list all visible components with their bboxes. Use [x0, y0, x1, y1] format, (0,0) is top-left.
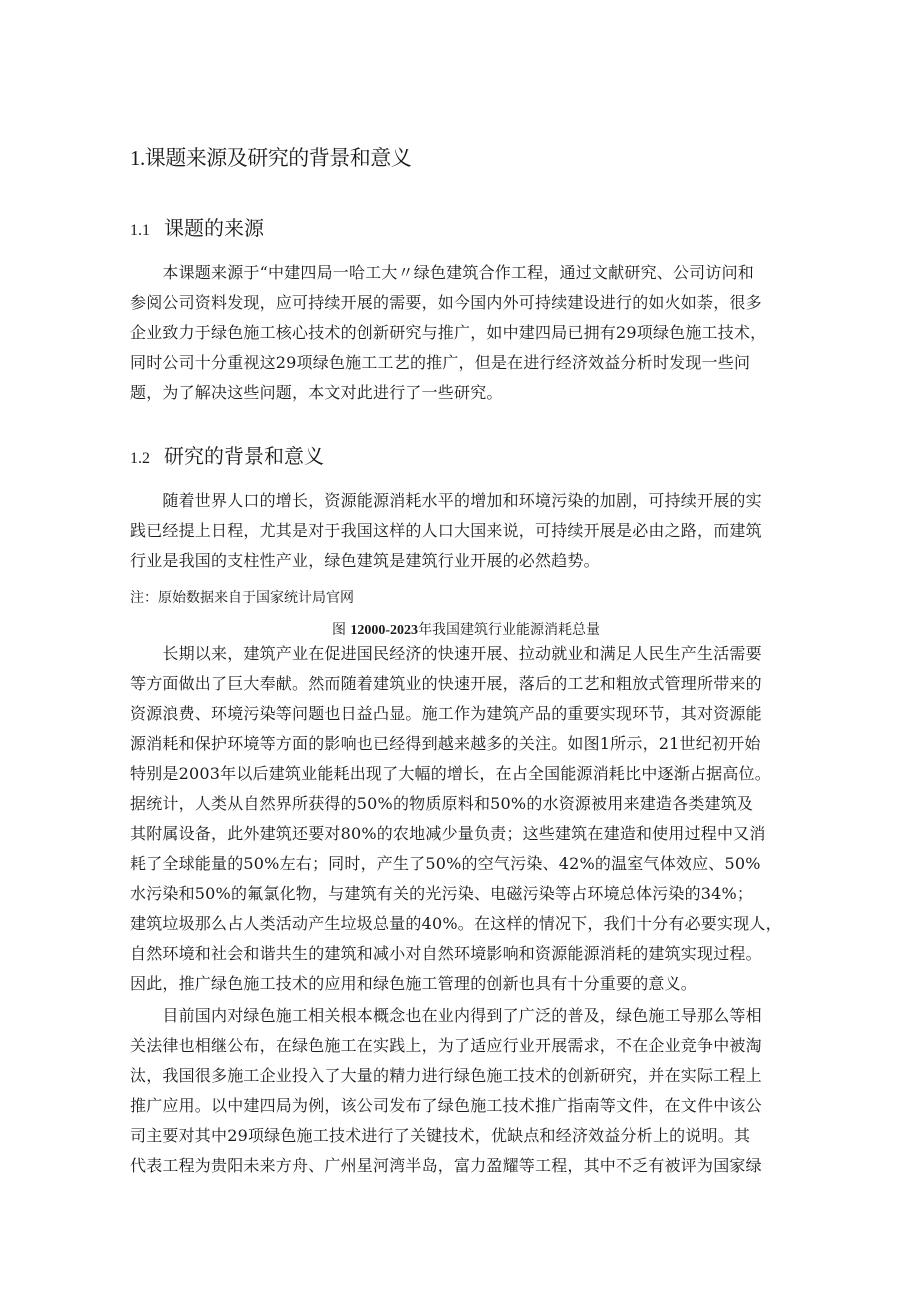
text-line: 代表工程为贵阳未来方舟、广州星河湾半岛，富力盈耀等工程，其中不乏有被评为国家绿 [130, 1151, 802, 1181]
paragraph-industry-impact: 长期以来，建筑产业在促进国民经济的快速开展、拉动就业和满足人民生产生活需要 等方… [130, 639, 802, 999]
text-line: 目前国内对绿色施工相关根本概念也在业内得到了广泛的普及，绿色施工导那么等相 [130, 1001, 802, 1031]
chapter-title: 课题来源及研究的背景和意义 [145, 146, 412, 170]
data-source-note: 注：原始数据来自于国家统计局官网 [130, 587, 354, 607]
text-line: 关法律也相继公布，在绿色施工在实践上，为了适应行业开展需求，不在企业竞争中被淘 [130, 1031, 802, 1061]
text-line: 资源浪费、环境污染等问题也日益凸显。施工作为建筑产品的重要实现环节，其对资源能 [130, 699, 802, 729]
section-heading-1-1: 1.1课题的来源 [130, 212, 264, 241]
text-line: 因此，推广绿色施工技术的应用和绿色施工管理的创新也具有十分重要的意义。 [130, 969, 802, 999]
paragraph-topic-source: 本课题来源于“中建四局一哈工大〃绿色建筑合作工程，通过文献研究、公司访问和 参阅… [130, 258, 802, 408]
section-heading-1-2: 1.2研究的背景和意义 [130, 440, 324, 469]
text-line: 题，为了解决这些问题，本文对此进行了一些研究。 [130, 378, 802, 408]
section-number: 1.2 [130, 450, 150, 467]
text-line: 特别是2003年以后建筑业能耗出现了大幅的增长，在占全国能源消耗比中逐渐占据高位… [130, 759, 802, 789]
text-line: 同时公司十分重视这29项绿色施工工艺的推广，但是在进行经济效益分析时发现一些问 [130, 348, 802, 378]
chapter-number: 1. [130, 146, 145, 170]
caption-prefix: 图 [332, 622, 350, 638]
text-line: 长期以来，建筑产业在促进国民经济的快速开展、拉动就业和满足人民生产生活需要 [130, 639, 802, 669]
caption-text: 年我国建筑行业能源消耗总量 [418, 622, 600, 638]
text-line: 行业是我国的支柱性产业，绿色建筑是建筑行业开展的必然趋势。 [130, 546, 802, 576]
text-line: 源消耗和保护环境等方面的影响也已经得到越来越多的关注。如图1所示，21世纪初开始 [130, 729, 802, 759]
section-title: 研究的背景和意义 [164, 444, 324, 468]
text-line: 企业致力于绿色施工核心技术的创新研究与推广，如中建四局已拥有29项绿色施工技术， [130, 318, 802, 348]
figure-caption: 图 12000-2023年我国建筑行业能源消耗总量 [130, 619, 802, 639]
section-number: 1.1 [130, 222, 150, 239]
text-line: 水污染和50%的氟氯化物，与建筑有关的光污染、电磁污染等占环境总体污染的34%； [130, 879, 802, 909]
text-line: 随着世界人口的增长，资源能源消耗水平的增加和环境污染的加剧，可持续开展的实 [130, 486, 802, 516]
text-line: 本课题来源于“中建四局一哈工大〃绿色建筑合作工程，通过文献研究、公司访问和 [130, 258, 802, 288]
paragraph-background: 随着世界人口的增长，资源能源消耗水平的增加和环境污染的加剧，可持续开展的实 践已… [130, 486, 802, 576]
text-line: 建筑垃圾那么占人类活动产生垃圾总量的40%。在这样的情况下，我们十分有必要实现人… [130, 909, 802, 939]
text-line: 推广应用。以中建四局为例，该公司发布了绿色施工技术推广指南等文件，在文件中该公 [130, 1091, 802, 1121]
text-line: 自然环境和社会和谐共生的建筑和减小对自然环境影响和资源能源消耗的建筑实现过程。 [130, 939, 802, 969]
text-line: 据统计，人类从自然界所获得的50%的物质原料和50%的水资源被用来建造各类建筑及 [130, 789, 802, 819]
section-title: 课题的来源 [164, 216, 264, 240]
caption-figure-range: 12000-2023 [350, 623, 418, 638]
text-line: 参阅公司资料发现，应可持续开展的需要，如今国内外可持续建设进行的如火如荼，很多 [130, 288, 802, 318]
text-line: 耗了全球能量的50%左右；同时，产生了50%的空气污染、42%的温室气体效应、5… [130, 849, 802, 879]
text-line: 其附属设备，此外建筑还要对80%的农地减少量负责；这些建筑在建造和使用过程中又消 [130, 819, 802, 849]
text-line: 汰，我国很多施工企业投入了大量的精力进行绿色施工技术的创新研究，并在实际工程上 [130, 1061, 802, 1091]
paragraph-domestic-status: 目前国内对绿色施工相关根本概念也在业内得到了广泛的普及，绿色施工导那么等相 关法… [130, 1001, 802, 1181]
text-line: 等方面做出了巨大奉献。然而随着建筑业的快速开展，落后的工艺和粗放式管理所带来的 [130, 669, 802, 699]
text-line: 践已经提上日程，尤其是对于我国这样的人口大国来说，可持续开展是必由之路，而建筑 [130, 516, 802, 546]
chapter-heading: 1.课题来源及研究的背景和意义 [130, 142, 411, 172]
text-line: 司主要对其中29项绿色施工技术进行了关键技术，优缺点和经济效益分析上的说明。其 [130, 1121, 802, 1151]
